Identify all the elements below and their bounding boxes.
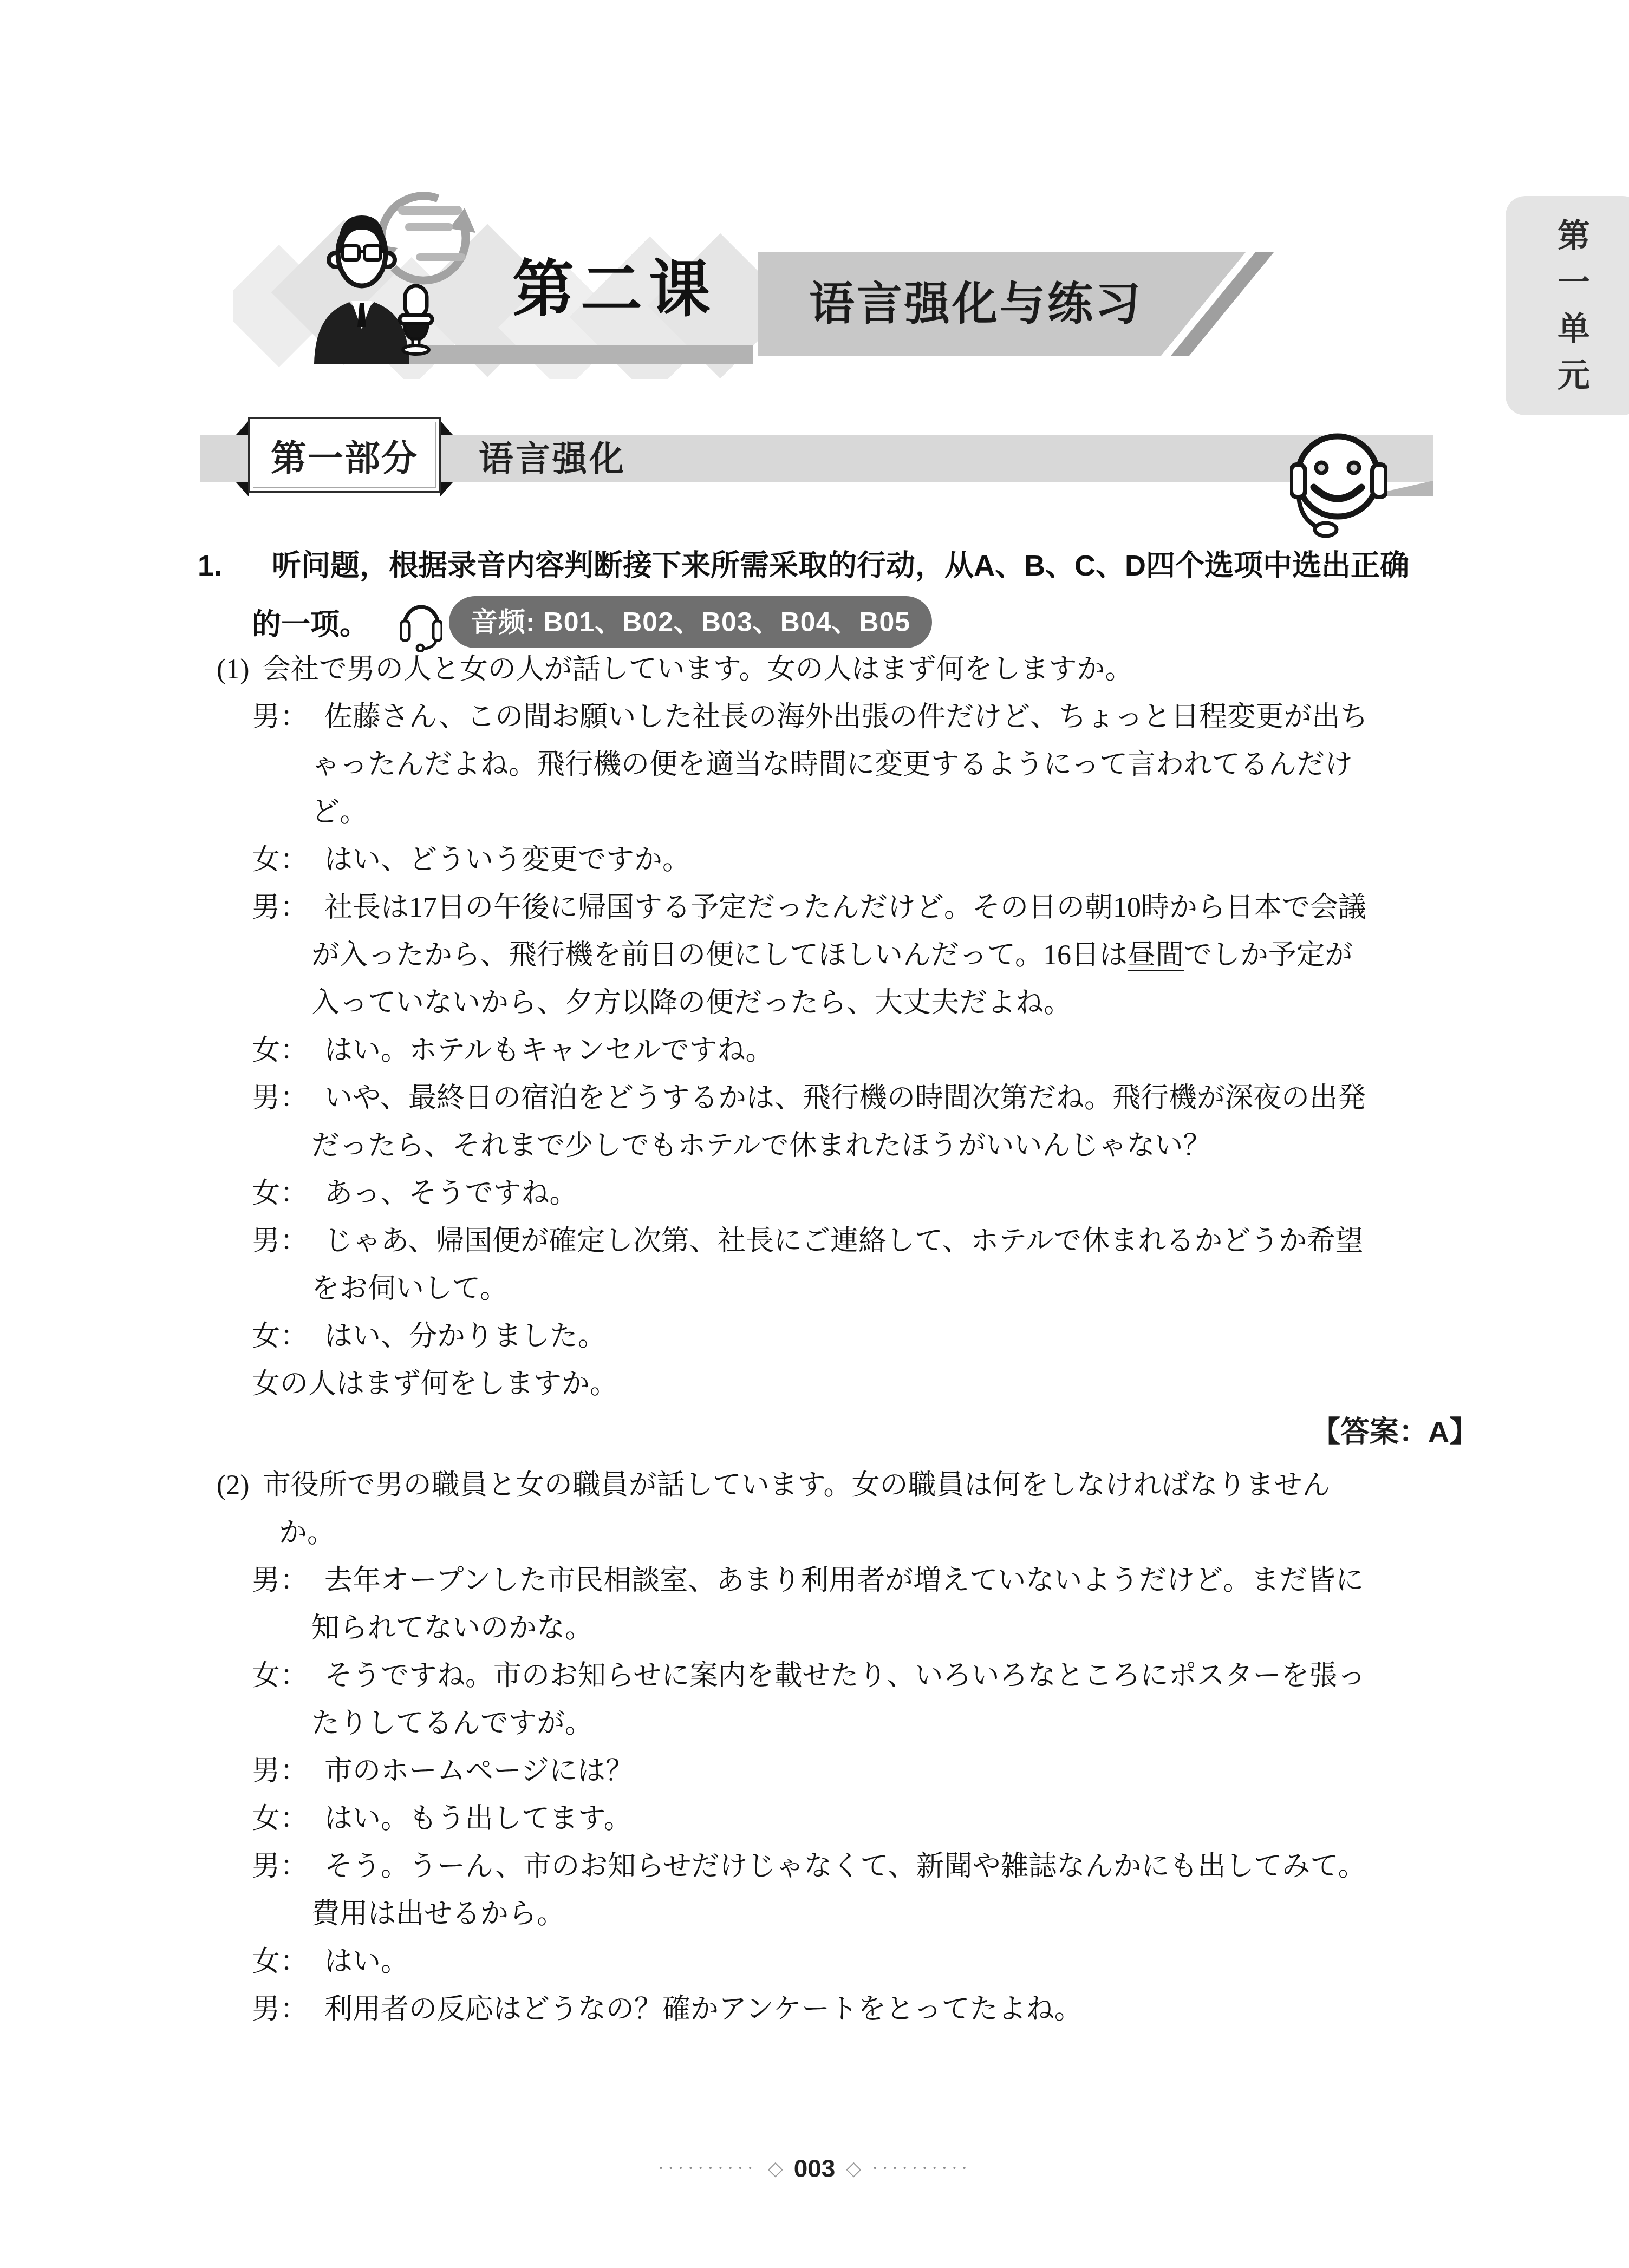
utterance-text: はい、どういう変更ですか。 (324, 845, 690, 875)
instruction-line2: 的一项。 (252, 602, 369, 643)
utterance-text: はい。ホテルもキャンセルですね。 (324, 1035, 773, 1066)
dialog-line: 女：はい、分かりました。 (252, 1313, 1435, 1361)
footer-diamond-right: ◇ (846, 2157, 861, 2180)
dialog-line: 男：市のホームページには？ (252, 1748, 1435, 1795)
audio-badge: 音频: B01、B02、B03、B04、B05 (449, 596, 932, 648)
question-intro: (2)市役所で男の職員と女の職員が話しています。女の職員は何をしなければなりませ… (217, 1462, 1435, 1557)
dialog-2: (2)市役所で男の職員と女の職員が話しています。女の職員は何をしなければなりませ… (217, 1462, 1435, 2034)
headset-icon (400, 592, 442, 652)
dialog-line: 男：利用者の反応はどうなの？確かアンケートをとってたよね。 (252, 1986, 1435, 2034)
question-intro-text: 市役所で男の職員と女の職員が話しています。女の職員は何をしなければなりません か… (263, 1470, 1331, 1548)
corner-triangle-decoration (236, 421, 249, 435)
dialog-1: (1)会社で男の人と女の人が話しています。女の人はまず何をしますか。 男：佐藤さ… (217, 646, 1435, 1456)
dialog-line: 男：じゃあ、帰国便が確定し次第、社長にご連絡して、ホテルで休まれるかどうか希望 … (252, 1218, 1435, 1313)
unit-tab: 第 一 单 元 (1506, 196, 1629, 415)
unit-tab-char: 单 (1558, 313, 1590, 345)
footer-diamond-left: ◇ (768, 2157, 783, 2180)
dialog-line: 男：いや、最終日の宿泊をどうするかは、飛行機の時間次第だね。飛行機が深夜の出発 … (252, 1075, 1435, 1170)
utterance-text: 市のホームページには？ (324, 1756, 634, 1787)
corner-triangle-decoration (440, 421, 453, 435)
unit-tab-char: 一 (1558, 266, 1590, 299)
dialog-line: 女：はい、どういう変更ですか。 (252, 836, 1435, 884)
dialog-line: 女：あっ、そうですね。 (252, 1170, 1435, 1218)
utterance-text: いや、最終日の宿泊をどうするかは、飛行機の時間次第だね。飛行機が深夜の出発 だっ… (311, 1083, 1366, 1161)
dialog-line: 女：はい。もう出してます。 (252, 1795, 1435, 1843)
question-number: (2) (217, 1470, 250, 1501)
underlined-word: 昼間 (1128, 940, 1184, 971)
part-label-box: 第一部分 (248, 417, 441, 493)
utterance-text: 佐藤さん、この間お願いした社長の海外出張の件だけど、ちょっと日程変更が出ち ゃっ… (311, 702, 1368, 828)
lesson-title: 第二课 (512, 242, 717, 337)
speaker-label: 女： (252, 845, 308, 875)
speaker-label: 男： (252, 1994, 308, 2025)
speaker-label: 女： (252, 1946, 308, 1977)
exercise-instruction: 1.听问题，根据录音内容判断接下来所需采取的行动，从A、B、C、D四个选项中选出… (198, 539, 1492, 593)
speaker-label: 女： (252, 1661, 308, 1691)
utterance-text: じゃあ、帰国便が確定し次第、社長にご連絡して、ホテルで休まれるかどうか希望 をお… (311, 1226, 1363, 1304)
instruction-line1: 听问题，根据录音内容判断接下来所需采取的行动，从A、B、C、D四个选项中选出正确 (272, 550, 1409, 582)
speaker-label: 男： (252, 1851, 308, 1882)
question-intro-text: 会社で男の人と女の人が話しています。女の人はまず何をしますか。 (263, 654, 1133, 685)
utterance-text: そうですね。市のお知らせに案内を載せたり、いろいろなところにポスターを張っ たり… (311, 1661, 1365, 1739)
utterance-text: そう。うーん、市のお知らせだけじゃなくて、新聞や雑誌なんかにも出してみて。 費用… (311, 1851, 1366, 1930)
answer-badge: 【答案：A】 (217, 1408, 1478, 1456)
dialog-line: 男：社長は17日の午後に帰国する予定だったんだけど。その日の朝10時から日本で会… (252, 884, 1435, 1027)
dialog-line: 男：佐藤さん、この間お願いした社長の海外出張の件だけど、ちょっと日程変更が出ち … (252, 694, 1435, 836)
dialog-line: 男：そう。うーん、市のお知らせだけじゃなくて、新聞や雑誌なんかにも出してみて。 … (252, 1843, 1435, 1938)
dialog-line: 女：はい。ホテルもキャンセルですね。 (252, 1027, 1435, 1075)
dialog-line: 男：去年オープンした市民相談室、あまり利用者が増えていないようだけど。まだ皆に … (252, 1557, 1435, 1652)
speaker-label: 男： (252, 892, 308, 923)
dialog-line: 女：そうですね。市のお知らせに案内を載せたり、いろいろなところにポスターを張っ … (252, 1652, 1435, 1748)
utterance-text: はい。もう出してます。 (324, 1803, 632, 1834)
speaker-label: 女： (252, 1178, 308, 1209)
book-page: 第 一 单 元 (0, 0, 1629, 2268)
page-number: 003 (794, 2154, 836, 2183)
speaker-label: 女： (252, 1803, 308, 1834)
question-intro: (1)会社で男の人と女の人が話しています。女の人はまず何をしますか。 (217, 646, 1435, 694)
speaker-label: 男： (252, 702, 308, 733)
corner-triangle-decoration (236, 482, 249, 496)
footer-dots-right: ·········· (872, 2158, 971, 2179)
page-footer: ·········· ◇ 003 ◇ ·········· (0, 2147, 1629, 2190)
speaker-label: 男： (252, 1226, 308, 1257)
utterance-text: はい。 (324, 1946, 409, 1977)
closing-question: 女の人はまず何をしますか。 (252, 1361, 1435, 1408)
speaker-label: 女： (252, 1035, 308, 1066)
utterance-text: あっ、そうですね。 (324, 1178, 577, 1209)
footer-dots-left: ·········· (658, 2158, 757, 2179)
question-number: (1) (217, 654, 250, 685)
part-title: 语言强化 (479, 435, 626, 482)
speaker-label: 女： (252, 1321, 308, 1352)
audio-row: 的一项。 音频: B01、B02、B03、B04、B05 (198, 593, 932, 651)
unit-tab-char: 第 (1558, 220, 1590, 252)
lesson-subtitle: 语言强化与练习 (809, 252, 1143, 356)
utterance-text: 利用者の反応はどうなの？確かアンケートをとってたよね。 (324, 1994, 1083, 2025)
utterance-text: はい、分かりました。 (324, 1321, 606, 1352)
speaker-label: 男： (252, 1756, 308, 1787)
dialog-line: 女：はい。 (252, 1938, 1435, 1986)
headset-smiley-icon (1290, 423, 1387, 540)
corner-triangle-decoration (440, 482, 453, 496)
exercise-number: 1. (198, 550, 222, 582)
utterance-text: 去年オープンした市民相談室、あまり利用者が増えていないようだけど。まだ皆に 知ら… (311, 1565, 1364, 1644)
unit-tab-char: 元 (1558, 360, 1590, 392)
speaker-label: 男： (252, 1565, 308, 1596)
speaker-label: 男： (252, 1083, 308, 1114)
